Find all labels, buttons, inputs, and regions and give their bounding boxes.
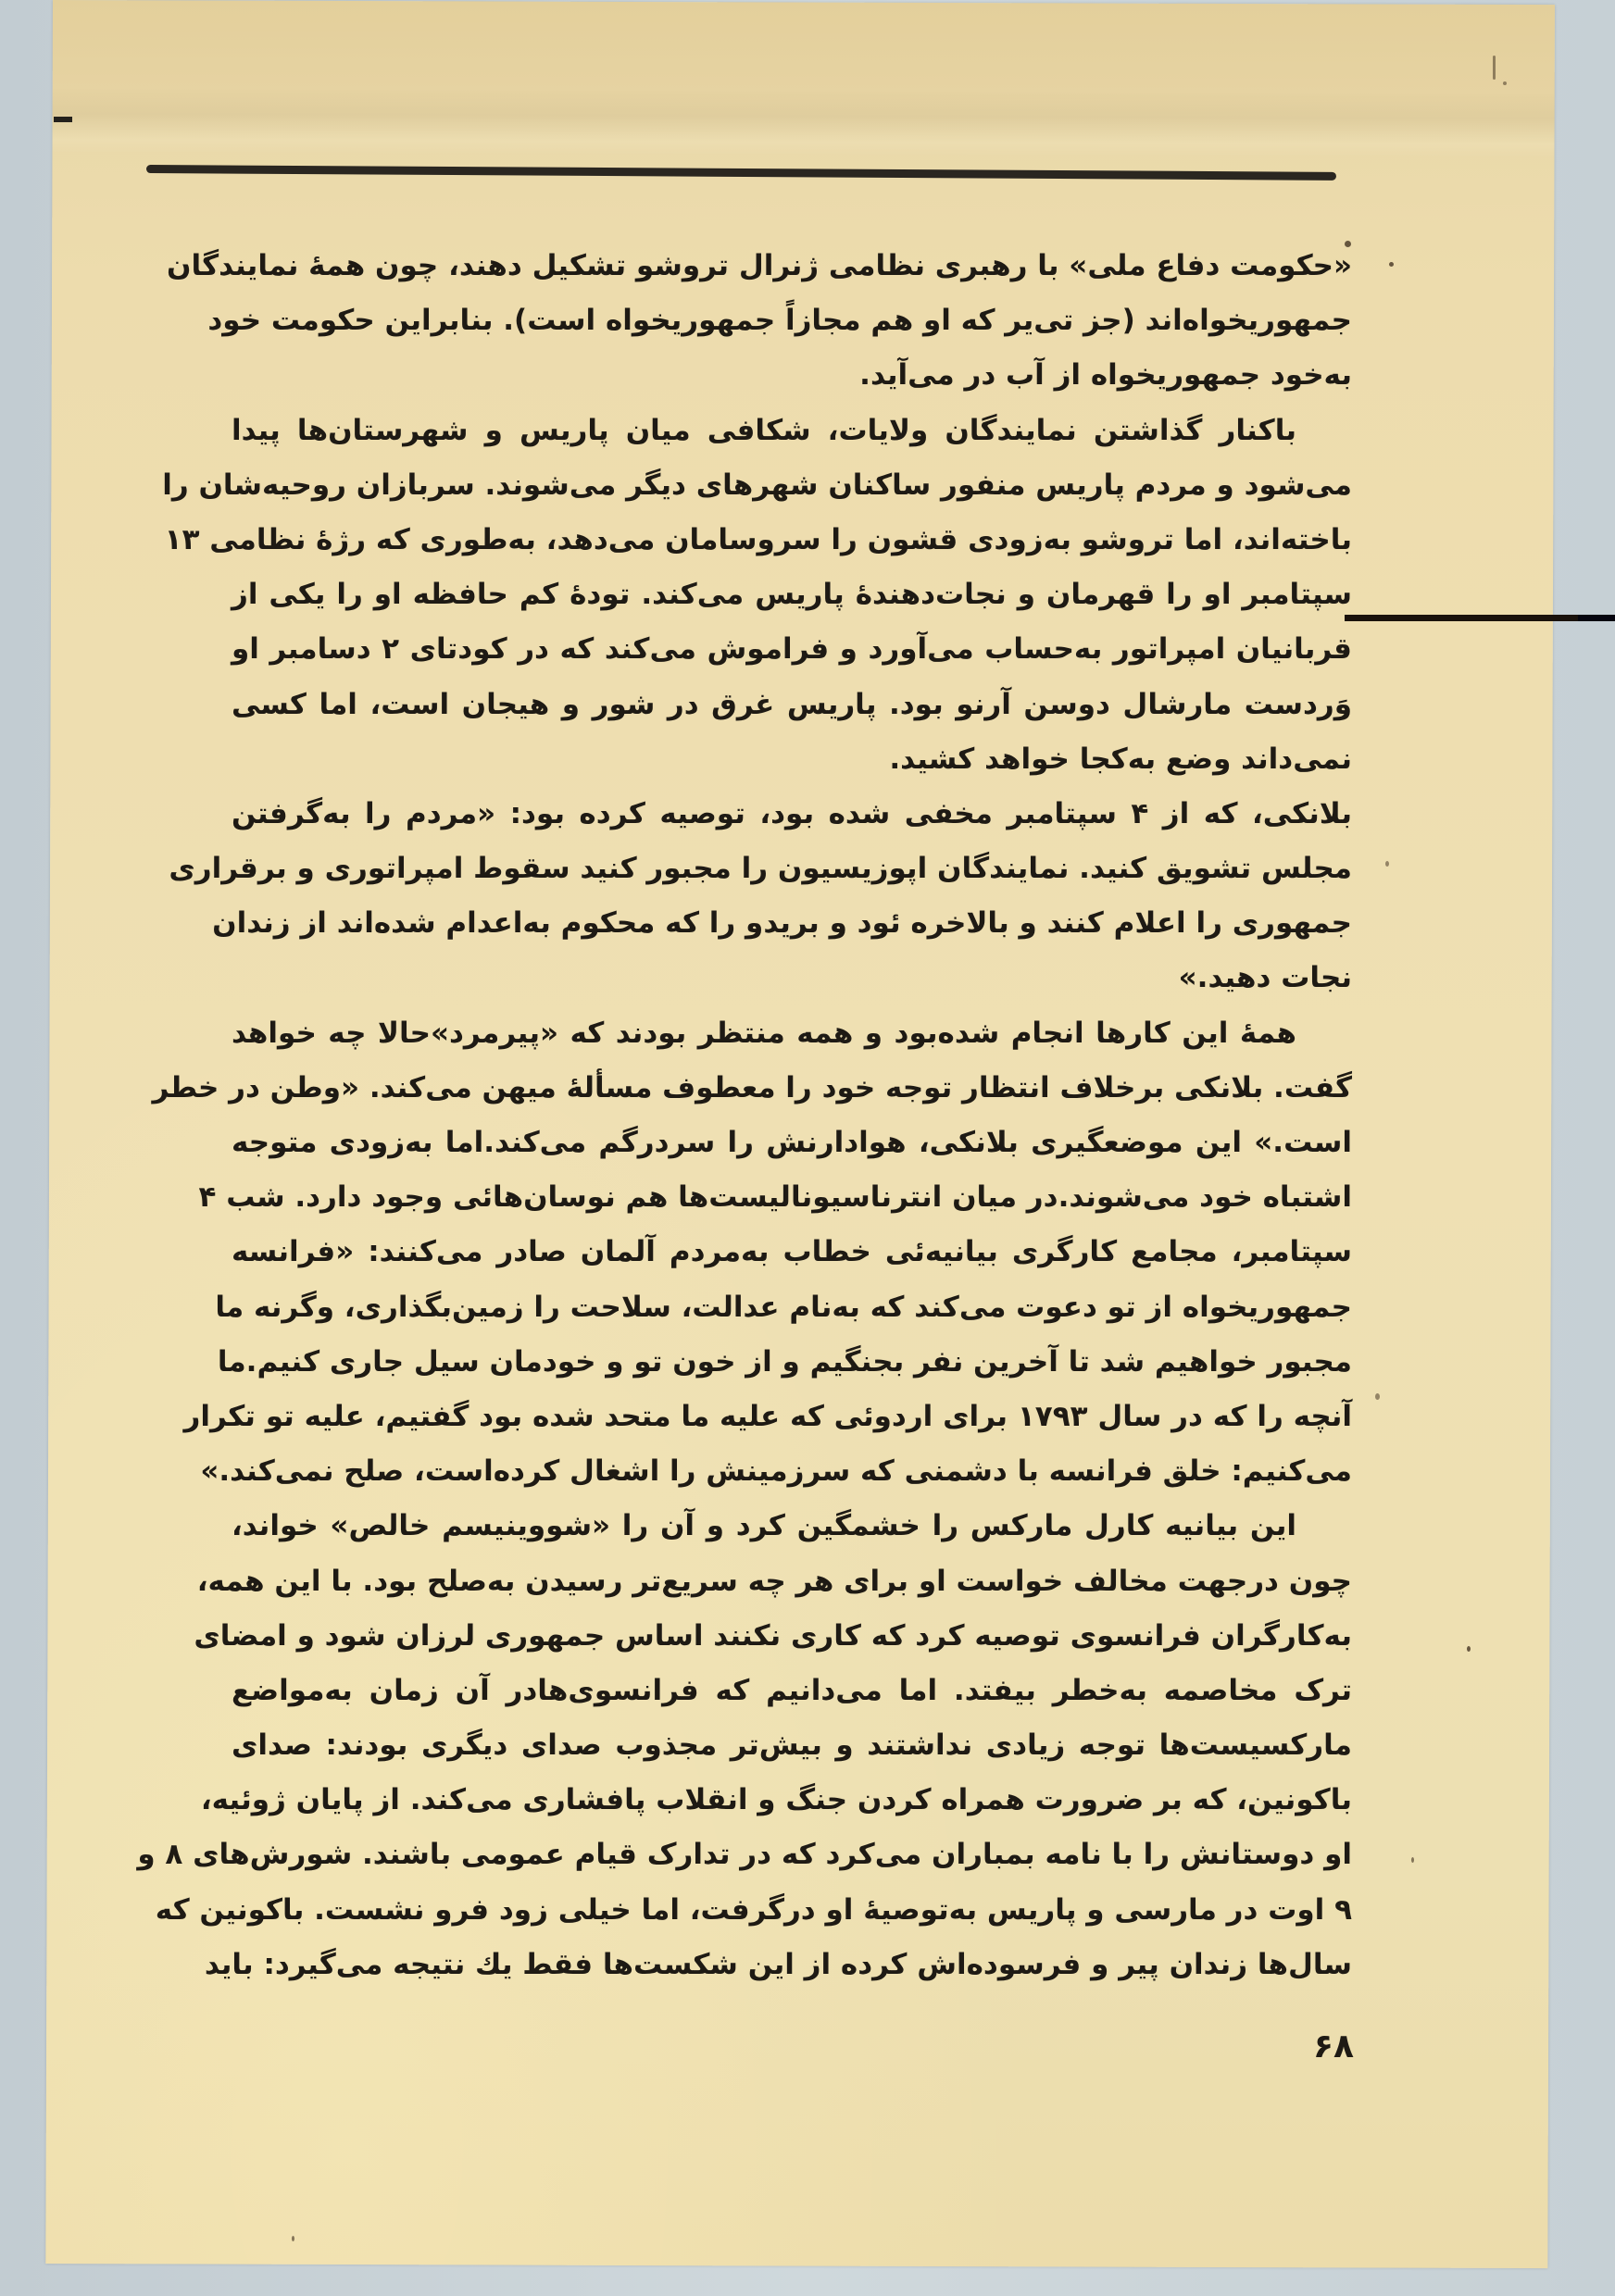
text-line: آنچه را که در سال ۱۷۹۳ برای اردوئی که عل… [232,1390,1352,1444]
text-line: می‌کنیم: خلق فرانسه با دشمنی که سرزمینش … [232,1444,1352,1499]
text-line: ۹ اوت در مارسی و پاریس به‌توصیهٔ او درگر… [232,1883,1352,1938]
paper-fold-shadow [52,88,1554,157]
paper-speck [1389,262,1394,267]
text-line: مارکسیست‌ها توجه زیادی نداشتند و بیش‌تر … [232,1718,1352,1773]
text-line: است.» این موضعگیری بلانکی، هوادارنش را س… [232,1116,1352,1170]
text-line: گفت. بلانکی برخلاف انتظار توجه خود را مع… [232,1061,1352,1116]
text-line: جمهوریخواه‌اند (جز تی‌یر که او هم مجازاً… [232,293,1352,348]
paragraph-start-line: بلانکی، که از ۴ سپتامبر مخفی شده بود، تو… [232,787,1352,842]
paper-speck [1345,241,1351,247]
text-line: نمی‌داند وضع به‌کجا خواهد کشید. [232,732,1352,787]
text-line: نجات دهید.» [232,951,1352,1005]
paper-speck [1467,1646,1471,1652]
text-line: او دوستانش را با نامه بمباران می‌کرد که … [232,1828,1352,1882]
text-line: مجبور خواهیم شد تا آخرین نفر بجنگیم و از… [232,1335,1352,1390]
paragraph-start-line: باکنار گذاشتن نمایندگان ولایات، شکافی می… [232,404,1352,458]
text-line: جمهوری را اعلام کنند و بالاخره ئود و بری… [232,896,1352,951]
text-line: قربانیان امپراتور به‌حساب می‌آورد و فرام… [232,622,1352,677]
paper-speck [292,2236,294,2241]
page-number: ۶۸ [1313,2028,1354,2065]
text-line: جمهوریخواه از تو دعوت می‌کند که به‌نام ع… [232,1280,1352,1335]
text-line: وَردست مارشال دوسن آرنو بود. پاریس غرق د… [232,678,1352,732]
text-line: اشتباه خود می‌شوند.در میان انترناسیونالی… [232,1170,1352,1225]
text-line: باکونین، که بر ضرورت همراه کردن جنگ و ان… [232,1773,1352,1828]
scan-artifact-line [1345,615,1615,621]
text-line: باخته‌اند، اما تروشو به‌زودی قشون را سرو… [232,513,1352,568]
text-line: مجلس تشویق کنید. نمایندگان اپوزیسیون را … [232,842,1352,896]
paragraph-start-line: این بیانیه کارل مارکس را خشمگین کرد و آن… [232,1499,1352,1554]
paragraph-start-line: همهٔ این کارها انجام شده‌بود و همه منتظر… [232,1006,1352,1061]
paper-speck [1411,1857,1414,1863]
text-line: سپتامبر، مجامع کارگری بیانیه‌ئی خطاب به‌… [232,1225,1352,1279]
paper-speck [1375,1393,1380,1400]
paper-speck [1503,81,1507,85]
body-text: «حکومت دفاع ملی» با رهبری نظامی ژنرال تر… [232,239,1352,1992]
text-line: «حکومت دفاع ملی» با رهبری نظامی ژنرال تر… [232,239,1352,293]
text-line: به‌کارگران فرانسوی توصیه کرد که کاری نکن… [232,1609,1352,1664]
text-line: چون درجهت مخالف خواست او برای هر چه سریع… [232,1554,1352,1609]
paper-speck [1385,861,1389,867]
paper-speck [1493,56,1496,80]
edge-mark [54,117,72,122]
text-line: به‌خود جمهوریخواه از آب در می‌آید. [232,348,1352,403]
text-line: سال‌ها زندان پیر و فرسوده‌اش کرده از این… [232,1938,1352,1992]
text-line: می‌شود و مردم پاریس منفور ساکنان شهرهای … [232,458,1352,513]
text-line: سپتامبر او را قهرمان و نجات‌دهندهٔ پاریس… [232,568,1352,622]
text-line: ترک مخاصمه به‌خطر بیفتد. اما می‌دانیم که… [232,1664,1352,1718]
